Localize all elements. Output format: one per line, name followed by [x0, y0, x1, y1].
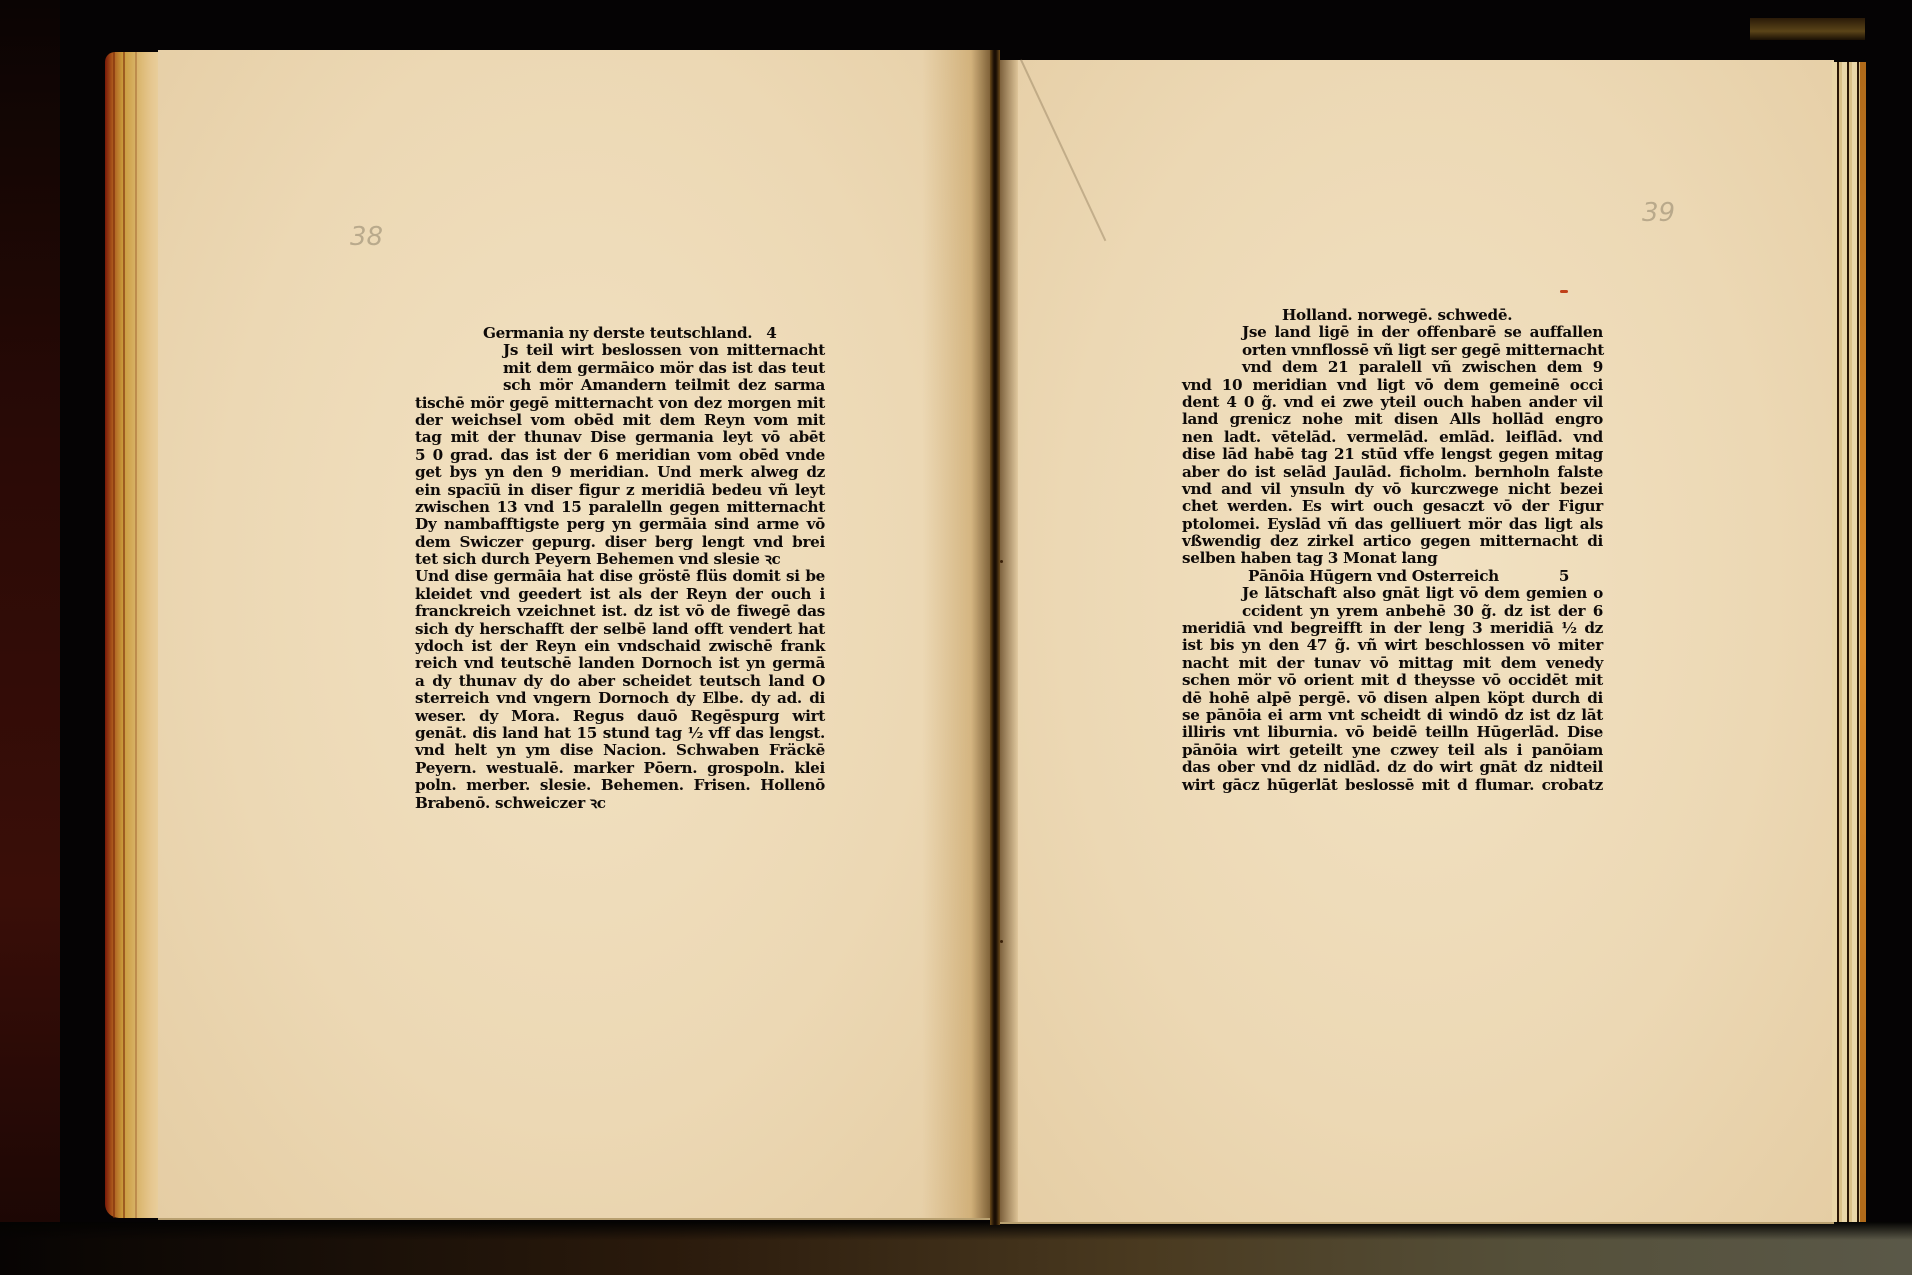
- text-line: tet sich durch Peyern Behemen vnd slesie…: [415, 551, 825, 568]
- text-line: selben haben tag 3 Monat lang: [1182, 550, 1603, 567]
- right-text-block: Holland. norwegē. schwedē. Jse land ligē…: [1182, 307, 1603, 794]
- text-line: mit dem germāico mör das ist das teut: [415, 360, 825, 377]
- text-line: ptolomei. Eyslād vñ das gelliuert mör da…: [1182, 516, 1603, 533]
- text-line: poln. merber. slesie. Behemen. Frisen. H…: [415, 777, 825, 794]
- text-line: Js teil wirt beslossen von mitternacht: [415, 342, 825, 359]
- gutter-shadow: [1000, 60, 1018, 1222]
- text-line: vnd dem 21 paralell vñ zwischen dem 9: [1182, 359, 1603, 376]
- binding-stitch: [1000, 940, 1003, 943]
- text-line: sch mör Amandern teilmit dez sarma: [415, 377, 825, 394]
- text-line: a dy thunav dy do aber scheidet teutsch …: [415, 673, 825, 690]
- text-line: ccident yn yrem anbehē 30 g̃. dz ist der…: [1182, 603, 1603, 620]
- text-line: se pānōia ei arm vnt scheidt di windō dz…: [1182, 707, 1603, 724]
- text-line: dent 4 0 g̃. vnd ei zwe yteil ouch haben…: [1182, 394, 1603, 411]
- text-line: schen mör vō orient mit d theysse vō occ…: [1182, 672, 1603, 689]
- section-number: 4: [766, 325, 776, 342]
- left-text-block: Germania ny derste teutschland.4 Js teil…: [415, 325, 825, 812]
- section-heading: Pānōia Hūgern vnd Osterreich5: [1182, 568, 1603, 585]
- text-line: tag mit der thunav Dise germania leyt vō…: [415, 429, 825, 446]
- text-line: zwischen 13 vnd 15 paralelln gegen mitte…: [415, 499, 825, 516]
- heading-text: Germania ny derste teutschland.: [483, 324, 752, 342]
- background-table-surface: [0, 1222, 1912, 1275]
- text-line: ydoch ist der Reyn ein vndschaid zwischē…: [415, 638, 825, 655]
- section-number: 5: [1559, 568, 1569, 585]
- edge-streak: [135, 52, 137, 1218]
- text-line: get bys yn den 9 meridian. Und merk alwe…: [415, 464, 825, 481]
- text-line: ein spacīū in diser figur z meridiā bede…: [415, 482, 825, 499]
- text-line: 5 0 grad. das ist der 6 meridian vom obē…: [415, 447, 825, 464]
- edge-streak: [113, 52, 115, 1218]
- text-line: wirt gācz hūgerlāt beslossē mit d flumar…: [1182, 777, 1603, 794]
- book-fore-edge-right: [1832, 62, 1866, 1222]
- edge-streak: [123, 52, 125, 1218]
- text-line: genāt. dis land hat 15 stund tag ½ vff d…: [415, 725, 825, 742]
- text-line: meridiā vnd begreifft in der leng 3 meri…: [1182, 620, 1603, 637]
- text-line: Jse land ligē in der offenbarē se auffal…: [1182, 324, 1603, 341]
- text-line: illiris vnt liburnia. vō beidē teilln Hū…: [1182, 724, 1603, 741]
- heading-text: Pānōia Hūgern vnd Osterreich: [1248, 567, 1499, 585]
- text-line: dise lād habē tag 21 stūd vffe lengst ge…: [1182, 446, 1603, 463]
- text-line: nacht mit der tunav vō mittag mit dem ve…: [1182, 655, 1603, 672]
- section-heading: Germania ny derste teutschland.4: [415, 325, 825, 342]
- binding-stitch: [1000, 560, 1003, 563]
- text-line: das ober vnd dz nidlād. dz do wirt gnāt …: [1182, 759, 1603, 776]
- text-line: land grenicz nohe mit disen Alls hollād …: [1182, 411, 1603, 428]
- text-line: weser. dy Mora. Regus dauō Regēspurg wir…: [415, 708, 825, 725]
- pencil-page-number-right: 39: [1642, 198, 1675, 228]
- text-line: chet werden. Es wirt ouch gesaczt vō der…: [1182, 498, 1603, 515]
- text-line: pānōia wirt geteilt yne czwey teil als i…: [1182, 742, 1603, 759]
- text-line: der weichsel vom obēd mit dem Reyn vom m…: [415, 412, 825, 429]
- text-line: Je lātschaft also gnāt ligt vō dem gemie…: [1182, 585, 1603, 602]
- text-line: Peyern. westualē. marker Pōern. grospoln…: [415, 760, 825, 777]
- text-line: kleidet vnd geedert ist als der Reyn der…: [415, 586, 825, 603]
- text-line: vnd 10 meridian vnd ligt vō dem gemeinē …: [1182, 377, 1603, 394]
- gilt-edge: [1860, 62, 1866, 1222]
- red-ink-mark: [1560, 290, 1568, 293]
- text-line: sich dy herschafft der selbē land offt v…: [415, 621, 825, 638]
- text-line: vßwendig dez zirkel artico gegen mittern…: [1182, 533, 1603, 550]
- text-line: Und dise germāia hat dise gröstē flüs do…: [415, 568, 825, 585]
- section-heading: Holland. norwegē. schwedē.: [1182, 307, 1603, 324]
- background-left-shadow: [0, 0, 60, 1275]
- text-line: vnd helt yn ym dise Nacion. Schwaben Frä…: [415, 742, 825, 759]
- text-line: sterreich vnd vngern Dornoch dy Elbe. dy…: [415, 690, 825, 707]
- text-line: orten vnnflossē vñ ligt ser gegē mittern…: [1182, 342, 1603, 359]
- text-line: reich vnd teutschē landen Dornoch ist yn…: [415, 655, 825, 672]
- text-line: dē hohē alpē pergē. vō disen alpen köpt …: [1182, 690, 1603, 707]
- gutter-shadow: [922, 50, 992, 1218]
- book-fore-edge-left: [105, 52, 163, 1218]
- book-spine-gutter: [990, 50, 1000, 1225]
- text-line: Brabenō. schweiczer ꝛc: [415, 795, 825, 812]
- text-line: vnd and vil ynsuln dy vō kurczwege nicht…: [1182, 481, 1603, 498]
- text-line: Dy nambafftigste perg yn germāia sind ar…: [415, 516, 825, 533]
- text-line: nen ladt. vētelād. vermelād. emlād. leif…: [1182, 429, 1603, 446]
- text-line: tischē mör gegē mitternacht von dez morg…: [415, 395, 825, 412]
- text-line: franckreich vzeichnet ist. dz ist vō de …: [415, 603, 825, 620]
- text-line: ist bis yn den 47 g̃. vñ wirt beschlosse…: [1182, 637, 1603, 654]
- background-shelf-edge: [1750, 18, 1865, 40]
- text-line: dem Swiczer gepurg. diser berg lengt vnd…: [415, 534, 825, 551]
- pencil-page-number-left: 38: [350, 222, 383, 252]
- text-line: aber do ist selād Jaulād. ficholm. bernh…: [1182, 464, 1603, 481]
